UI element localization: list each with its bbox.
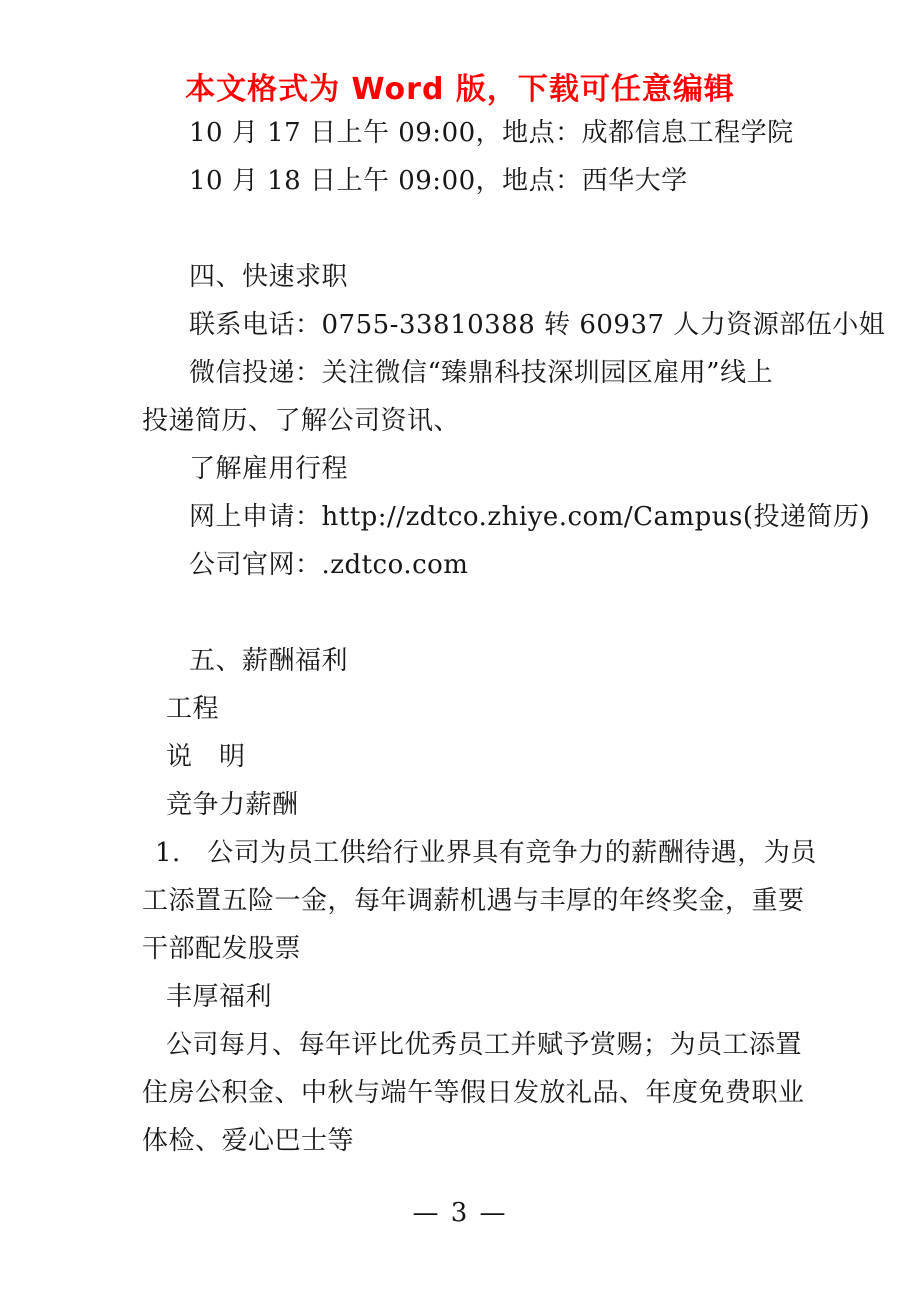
line-wechat-apply-2: 投递简历、了解公司资讯、 xyxy=(142,397,782,445)
line-wechat-apply-1: 微信投递：关注微信“臻鼎科技深圳园区雇用”线上 xyxy=(142,349,782,397)
line-contact-phone: 联系电话：0755-33810388 转 60937 人力资源部伍小姐 xyxy=(142,301,782,349)
line-company-website: 公司官网：.zdtco.com xyxy=(142,541,782,589)
page-number: — 3 — xyxy=(0,1189,920,1237)
line-salary-detail-2: 工添置五险一金，每年调薪机遇与丰厚的年终奖金，重要 xyxy=(142,877,782,925)
line-benefits-detail-1: 公司每月、每年评比优秀员工并赋予赏赐；为员工添置 xyxy=(142,1021,782,1069)
word-document-page: 本文格式为 Word 版，下载可任意编辑 10 月 17 日上午 09:00，地… xyxy=(0,0,920,1302)
format-notice-banner: 本文格式为 Word 版，下载可任意编辑 xyxy=(0,64,920,108)
line-salary-detail-1: 1. 公司为员工供给行业界具有竞争力的薪酬待遇，为员 xyxy=(142,829,782,877)
line-event-date-2: 10 月 18 日上午 09:00，地点：西华大学 xyxy=(142,157,782,205)
line-description-label: 说 明 xyxy=(142,733,782,781)
line-event-date-1: 10 月 17 日上午 09:00，地点：成都信息工程学院 xyxy=(142,109,782,157)
line-benefits-detail-2: 住房公积金、中秋与端午等假日发放礼品、年度免费职业 xyxy=(142,1069,782,1117)
line-rich-benefits: 丰厚福利 xyxy=(142,973,782,1021)
blank-line xyxy=(142,205,782,253)
document-body: 10 月 17 日上午 09:00，地点：成都信息工程学院 10 月 18 日上… xyxy=(142,109,782,1165)
blank-line xyxy=(142,589,782,637)
line-benefits-detail-3: 体检、爱心巴士等 xyxy=(142,1117,782,1165)
line-online-apply-url: 网上申请：http://zdtco.zhiye.com/Campus(投递简历) xyxy=(142,493,782,541)
line-salary-detail-3: 干部配发股票 xyxy=(142,925,782,973)
line-project-label: 工程 xyxy=(142,685,782,733)
section-title-salary-benefits: 五、薪酬福利 xyxy=(142,637,782,685)
line-wechat-apply-3: 了解雇用行程 xyxy=(142,445,782,493)
line-competitive-salary: 竞争力薪酬 xyxy=(142,781,782,829)
section-title-quick-apply: 四、快速求职 xyxy=(142,253,782,301)
